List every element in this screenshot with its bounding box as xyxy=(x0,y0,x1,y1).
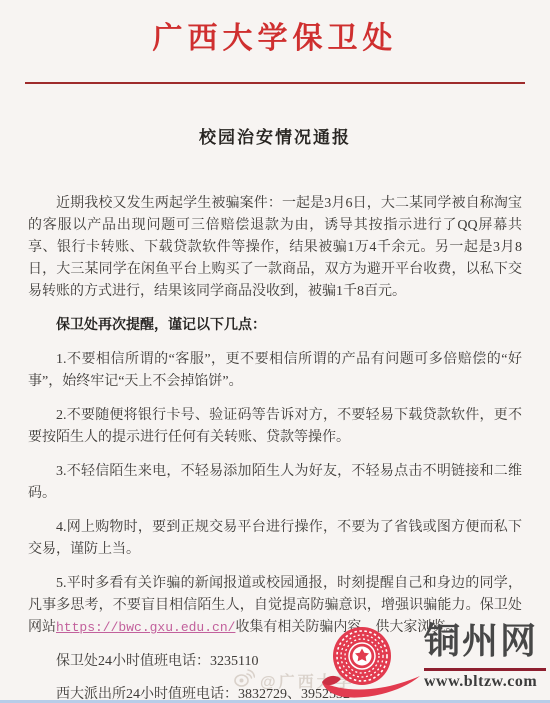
site-logo-text: 铜州网 www.bltzw.com xyxy=(424,620,546,691)
site-name: 铜州网 xyxy=(424,620,546,662)
security-website-link[interactable]: https://bwc.gxu.edu.cn/ xyxy=(56,620,235,635)
reminder-heading: 保卫处再次提醒，谨记以下几点： xyxy=(28,315,522,337)
header-divider xyxy=(25,82,525,84)
site-url: www.bltzw.com xyxy=(424,673,546,691)
org-title: 广西大学保卫处 xyxy=(0,0,550,57)
tip-2: 2.不要随便将银行卡号、验证码等告诉对方，不要轻易下载贷款软件，更不要按陌生人的… xyxy=(28,405,522,449)
document-title: 校园治安情况通报 xyxy=(0,123,550,148)
site-url-bar xyxy=(424,668,546,671)
tip-4: 4.网上购物时，要到正规交易平台进行操作，不要为了省钱或图方便而私下交易，谨防上… xyxy=(28,517,522,561)
site-logo: 铜州网 www.bltzw.com xyxy=(320,620,546,703)
weibo-icon xyxy=(233,668,255,693)
incident-paragraph: 近期我校又发生两起学生被骗案件：一起是3月6日，大二某同学被自称淘宝的客服以产品… xyxy=(28,193,522,303)
tip-3: 3.不轻信陌生来电，不轻易添加陌生人为好友，不轻易点击不明链接和二维码。 xyxy=(28,461,522,505)
notice-page: 广西大学保卫处 校园治安情况通报 近期我校又发生两起学生被骗案件：一起是3月6日… xyxy=(0,0,550,703)
tip-1: 1.不要相信所谓的“客服”，更不要相信所谓的产品有问题可多倍赔偿的“好事”，始终… xyxy=(28,349,522,393)
medallion-ribbon-icon xyxy=(320,624,422,703)
